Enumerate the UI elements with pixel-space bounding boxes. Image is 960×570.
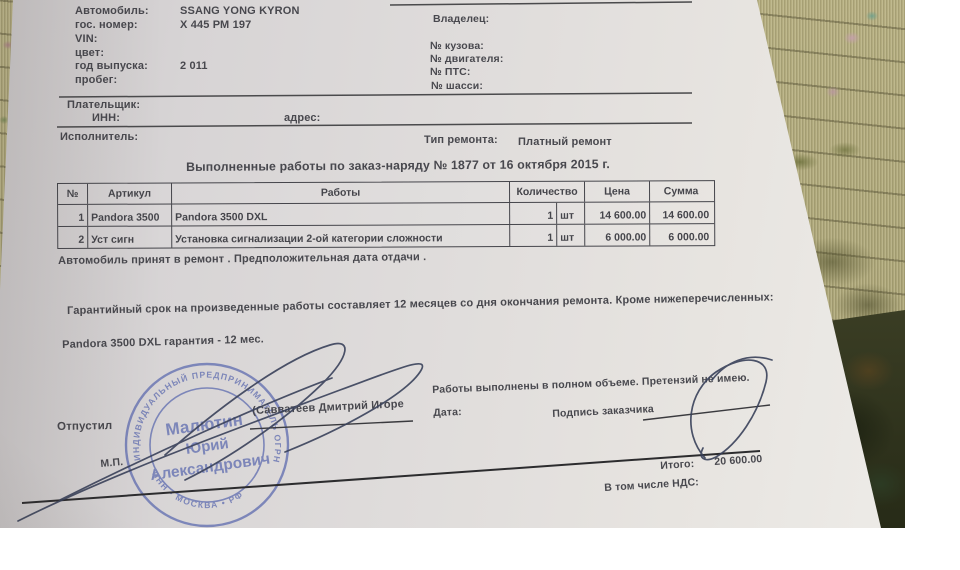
- cell-price: 14 600.00: [585, 202, 650, 223]
- label-inn: ИНН:: [92, 112, 120, 124]
- cell-article: Pandora 3500: [88, 204, 172, 225]
- label-color: цвет:: [75, 47, 104, 59]
- label-engine-no: № двигателя:: [430, 53, 504, 65]
- rule-top: [390, 2, 692, 5]
- stamp-place-label: М.П.: [100, 456, 124, 470]
- cell-unit: шт: [557, 225, 585, 246]
- value-repair-type: Платный ремонт: [518, 136, 612, 148]
- cell-sum: 6 000.00: [650, 224, 712, 245]
- works-table: № Артикул Работы Количество Цена Сумма 1…: [57, 180, 715, 249]
- value-plate: Х 445 РМ 197: [180, 19, 251, 31]
- label-customer-signature: Подпись заказчика: [552, 403, 654, 420]
- photo-of-work-order: Автомобиль: гос. номер: VIN: цвет: год в…: [0, 0, 905, 528]
- document-content: Автомобиль: гос. номер: VIN: цвет: год в…: [0, 0, 905, 528]
- label-car: Автомобиль:: [75, 5, 149, 17]
- value-year: 2 011: [180, 60, 208, 72]
- label-address: адрес:: [284, 112, 320, 124]
- label-vat: В том числе НДС:: [604, 476, 699, 494]
- table-row: 1 Pandora 3500 Pandora 3500 DXL 1 шт 14 …: [58, 201, 714, 226]
- stamp-name-line1: Малютин: [164, 410, 244, 440]
- cell-work: Установка сигнализации 2-ой категории сл…: [172, 225, 510, 247]
- label-year: год выпуска:: [75, 60, 148, 72]
- label-pts-no: № ПТС:: [430, 66, 471, 78]
- note-warranty-item: Pandora 3500 DXL гарантия - 12 мес.: [62, 333, 264, 351]
- label-mileage: пробег:: [75, 74, 117, 86]
- customer-signature-line: [643, 405, 770, 420]
- col-work: Работы: [172, 182, 510, 203]
- cell-sum: 14 600.00: [650, 202, 712, 223]
- rule-executor: [57, 123, 692, 127]
- col-article: Артикул: [88, 183, 172, 203]
- cell-price: 6 000.00: [585, 224, 650, 245]
- label-payer: Плательщик:: [67, 99, 140, 111]
- label-repair-type: Тип ремонта:: [424, 134, 498, 146]
- label-executor: Исполнитель:: [60, 131, 138, 143]
- label-owner: Владелец:: [433, 13, 489, 25]
- screenshot-root: { "colors": { "stamp_blue": "#6874b2", "…: [0, 0, 960, 570]
- cell-qty: 1: [510, 203, 557, 224]
- rule-payer: [59, 93, 692, 97]
- label-body-no: № кузова:: [430, 40, 484, 52]
- label-chassis-no: № шасси:: [431, 80, 483, 92]
- cell-num: 1: [58, 205, 88, 226]
- cell-unit: шт: [557, 203, 585, 224]
- cell-article: Уст сигн: [88, 226, 172, 247]
- col-sum: Сумма: [650, 181, 712, 201]
- document-title: Выполненные работы по заказ-наряду № 187…: [186, 157, 610, 174]
- col-number: №: [58, 184, 88, 204]
- value-total: 20 600.00: [714, 453, 763, 468]
- value-car: SSANG YONG KYRON: [180, 5, 300, 17]
- label-released-by: Отпустил: [57, 420, 112, 433]
- table-row: 2 Уст сигн Установка сигнализации 2-ой к…: [58, 223, 714, 248]
- label-total: Итого:: [660, 458, 695, 472]
- label-vin: VIN:: [75, 33, 98, 45]
- col-quantity: Количество: [510, 182, 585, 202]
- stamp-name-line2: Юрий: [185, 435, 230, 458]
- works-done-statement: Работы выполнены в полном объеме. Претен…: [432, 372, 750, 396]
- table-header-row: № Артикул Работы Количество Цена Сумма: [58, 181, 714, 204]
- cell-work: Pandora 3500 DXL: [172, 203, 510, 225]
- round-stamp: ИНДИВИДУАЛЬНЫЙ ПРЕДПРИНИМАТЕЛЬ ОГРН 3127…: [117, 358, 297, 528]
- col-price: Цена: [585, 181, 650, 201]
- note-accepted: Автомобиль принят в ремонт . Предположит…: [58, 251, 426, 267]
- cell-qty: 1: [510, 225, 557, 246]
- note-warranty: Гарантийный срок на произведенные работы…: [67, 291, 774, 317]
- cell-num: 2: [58, 227, 88, 248]
- label-plate: гос. номер:: [75, 19, 138, 31]
- label-date: Дата:: [433, 406, 462, 419]
